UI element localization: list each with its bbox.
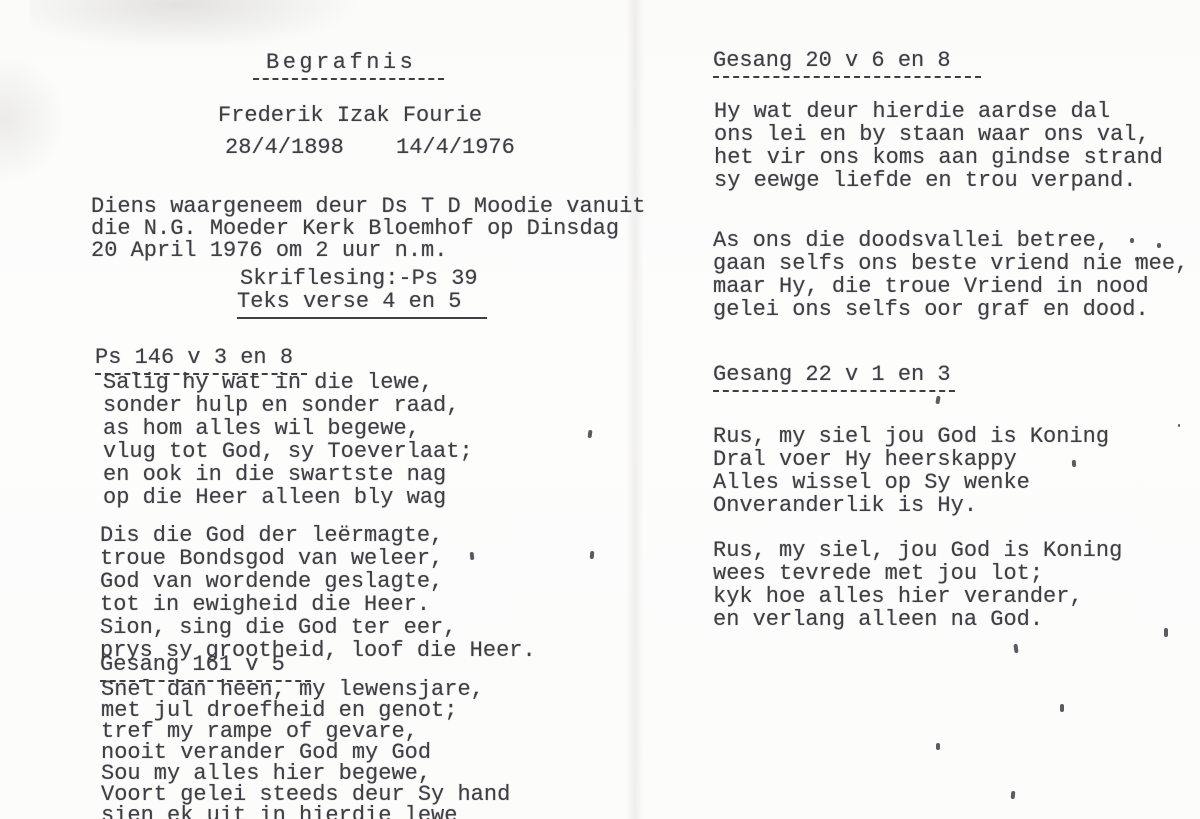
- verse-line: nooit verander God my God: [101, 742, 510, 763]
- ink-speck: [1164, 628, 1168, 637]
- birth-date: 28/4/1898: [225, 135, 344, 160]
- verse-line: tot in ewigheid die Heer.: [100, 593, 536, 616]
- hymn-stanza: Dis die God der leërmagte,troue Bondsgod…: [100, 524, 536, 662]
- hymn-heading-gesang20: Gesang 20 v 6 en 8: [713, 48, 981, 78]
- hymn-stanza: Snel dan heen, my lewensjare,met jul dro…: [101, 679, 510, 819]
- verse-line: die N.G. Moeder Kerk Bloemhof op Dinsdag: [91, 218, 646, 240]
- dashed-rule: [713, 390, 955, 392]
- verse-line: gelei ons selfs oor graf en dood.: [713, 298, 1188, 321]
- verse-line: sy eewge liefde en trou verpand.: [714, 169, 1163, 192]
- verse-line: Diens waargeneem deur Ds T D Moodie vanu…: [91, 196, 646, 218]
- ink-speck: [936, 743, 940, 750]
- verse-line: Hy wat deur hierdie aardse dal: [714, 100, 1163, 123]
- verse-line: ons lei en by staan waar ons val,: [714, 123, 1163, 146]
- verse-line: en verlang alleen na God.: [713, 608, 1122, 631]
- verse-line: vlug tot God, sy Toeverlaat;: [103, 440, 473, 463]
- verse-line: maar Hy, die troue Vriend in nood: [713, 275, 1188, 298]
- verse-line: het vir ons koms aan gindse strand: [714, 146, 1163, 169]
- document-title: Begrafnis: [253, 50, 444, 80]
- service-details: Diens waargeneem deur Ds T D Moodie vanu…: [91, 196, 646, 262]
- ink-speck: [1072, 460, 1076, 467]
- verse-line: Salig hy wat in die lewe,: [103, 371, 473, 394]
- scan-smudge: [0, 55, 65, 185]
- ink-speck: [590, 551, 595, 559]
- ink-speck: [935, 396, 940, 405]
- verse-line: tref my rampe of gevare,: [101, 721, 510, 742]
- hymn-stanza: Salig hy wat in die lewe,sonder hulp en …: [103, 371, 473, 509]
- hymn-heading-gesang22: Gesang 22 v 1 en 3: [713, 362, 951, 387]
- verse-line: 20 April 1976 om 2 uur n.m.: [91, 240, 646, 262]
- page-fold-shadow: [626, 0, 644, 819]
- verse-line: As ons die doodsvallei betree,: [713, 229, 1188, 252]
- ink-speck: [470, 552, 475, 560]
- text-verse-reference: Teks verse 4 en 5: [237, 289, 487, 319]
- hymn-stanza: Rus, my siel, jou God is Koningwees tevr…: [713, 539, 1122, 631]
- verse-line: en ook in die swartste nag: [103, 463, 473, 486]
- hymn-stanza: Rus, my siel jou God is KoningDral voer …: [713, 425, 1109, 517]
- verse-line: Alles wissel op Sy wenke: [713, 471, 1109, 494]
- verse-line: kyk hoe alles hier verander,: [713, 585, 1122, 608]
- ink-speck: [1130, 238, 1134, 243]
- verse-line: sien ek uit in hierdie lewe: [101, 805, 510, 819]
- verse-line: wees tevrede met jou lot;: [713, 562, 1122, 585]
- verse-line: as hom alles wil begewe,: [103, 417, 473, 440]
- ink-speck: [1060, 704, 1064, 712]
- verse-line: gaan selfs ons beste vriend nie mee,: [713, 252, 1188, 275]
- verse-line: Rus, my siel jou God is Koning: [713, 425, 1109, 448]
- verse-line: God van wordende geslagte,: [100, 570, 536, 593]
- deceased-name: Frederik Izak Fourie: [218, 103, 482, 128]
- verse-line: Dral voer Hy heerskappy: [713, 448, 1109, 471]
- ink-speck: [1157, 243, 1161, 248]
- verse-line: Sion, sing die God ter eer,: [100, 616, 536, 639]
- ink-speck: [1135, 257, 1138, 261]
- verse-line: Voort gelei steeds deur Sy hand: [101, 784, 510, 805]
- scan-smudge: [30, 0, 360, 50]
- ink-speck: [1011, 791, 1016, 799]
- verse-line: Snel dan heen, my lewensjare,: [101, 679, 510, 700]
- ink-speck: [1013, 644, 1018, 653]
- verse-line: op die Heer alleen bly wag: [103, 486, 473, 509]
- verse-line: met jul droefheid en genot;: [101, 700, 510, 721]
- verse-line: Rus, my siel, jou God is Koning: [713, 539, 1122, 562]
- hymn-stanza: Hy wat deur hierdie aardse dalons lei en…: [714, 100, 1163, 192]
- verse-line: Onveranderlik is Hy.: [713, 494, 1109, 517]
- ink-speck: [587, 430, 592, 438]
- verse-line: sonder hulp en sonder raad,: [103, 394, 473, 417]
- scanned-funeral-program-page: Begrafnis Frederik Izak Fourie 28/4/1898…: [0, 0, 1200, 819]
- death-date: 14/4/1976: [396, 135, 515, 160]
- verse-line: Sou my alles hier begewe,: [101, 763, 510, 784]
- verse-line: Dis die God der leërmagte,: [100, 524, 536, 547]
- ink-speck: [1178, 424, 1180, 427]
- scripture-reading: Skriflesing:-Ps 39: [240, 266, 478, 291]
- hymn-stanza: As ons die doodsvallei betree,gaan selfs…: [713, 229, 1188, 321]
